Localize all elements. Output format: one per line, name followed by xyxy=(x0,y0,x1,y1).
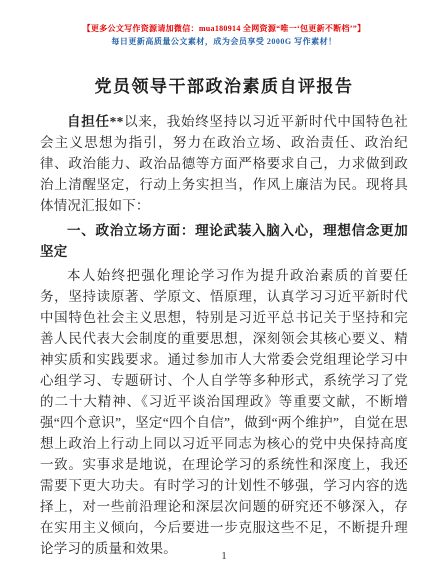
document-page: 【更多公文写作资源请加微信：mua180914 全网资源“唯一‘包更新不断档’”… xyxy=(0,0,448,580)
document-body: 自担任**以来，我始终坚持以习近平新时代中国特色社会主义思想为指引，努力在政治立… xyxy=(40,111,408,559)
document-title: 党员领导干部政治素质自评报告 xyxy=(40,75,408,99)
intro-paragraph-lead: 自担任** xyxy=(67,114,124,129)
ad-header: 【更多公文写作资源请加微信：mua180914 全网资源“唯一‘包更新不断档’”… xyxy=(40,22,408,48)
page-number: 1 xyxy=(0,550,448,562)
ad-header-line-1: 【更多公文写作资源请加微信：mua180914 全网资源“唯一‘包更新不断档’”… xyxy=(40,22,408,35)
section-1-body: 本人始终把强化理论学习作为提升政治素质的首要任务，坚持读原著、学原文、悟原理，认… xyxy=(40,265,408,559)
intro-paragraph: 自担任**以来，我始终坚持以习近平新时代中国特色社会主义思想为指引，努力在政治立… xyxy=(40,111,408,216)
ad-header-line-2: 每日更新高质量公文素材，成为会员享受 2000G 写作素材！ xyxy=(40,35,408,48)
section-1-heading: 一、政治立场方面：理论武装入脑入心，理想信念更加坚定 xyxy=(40,220,408,262)
